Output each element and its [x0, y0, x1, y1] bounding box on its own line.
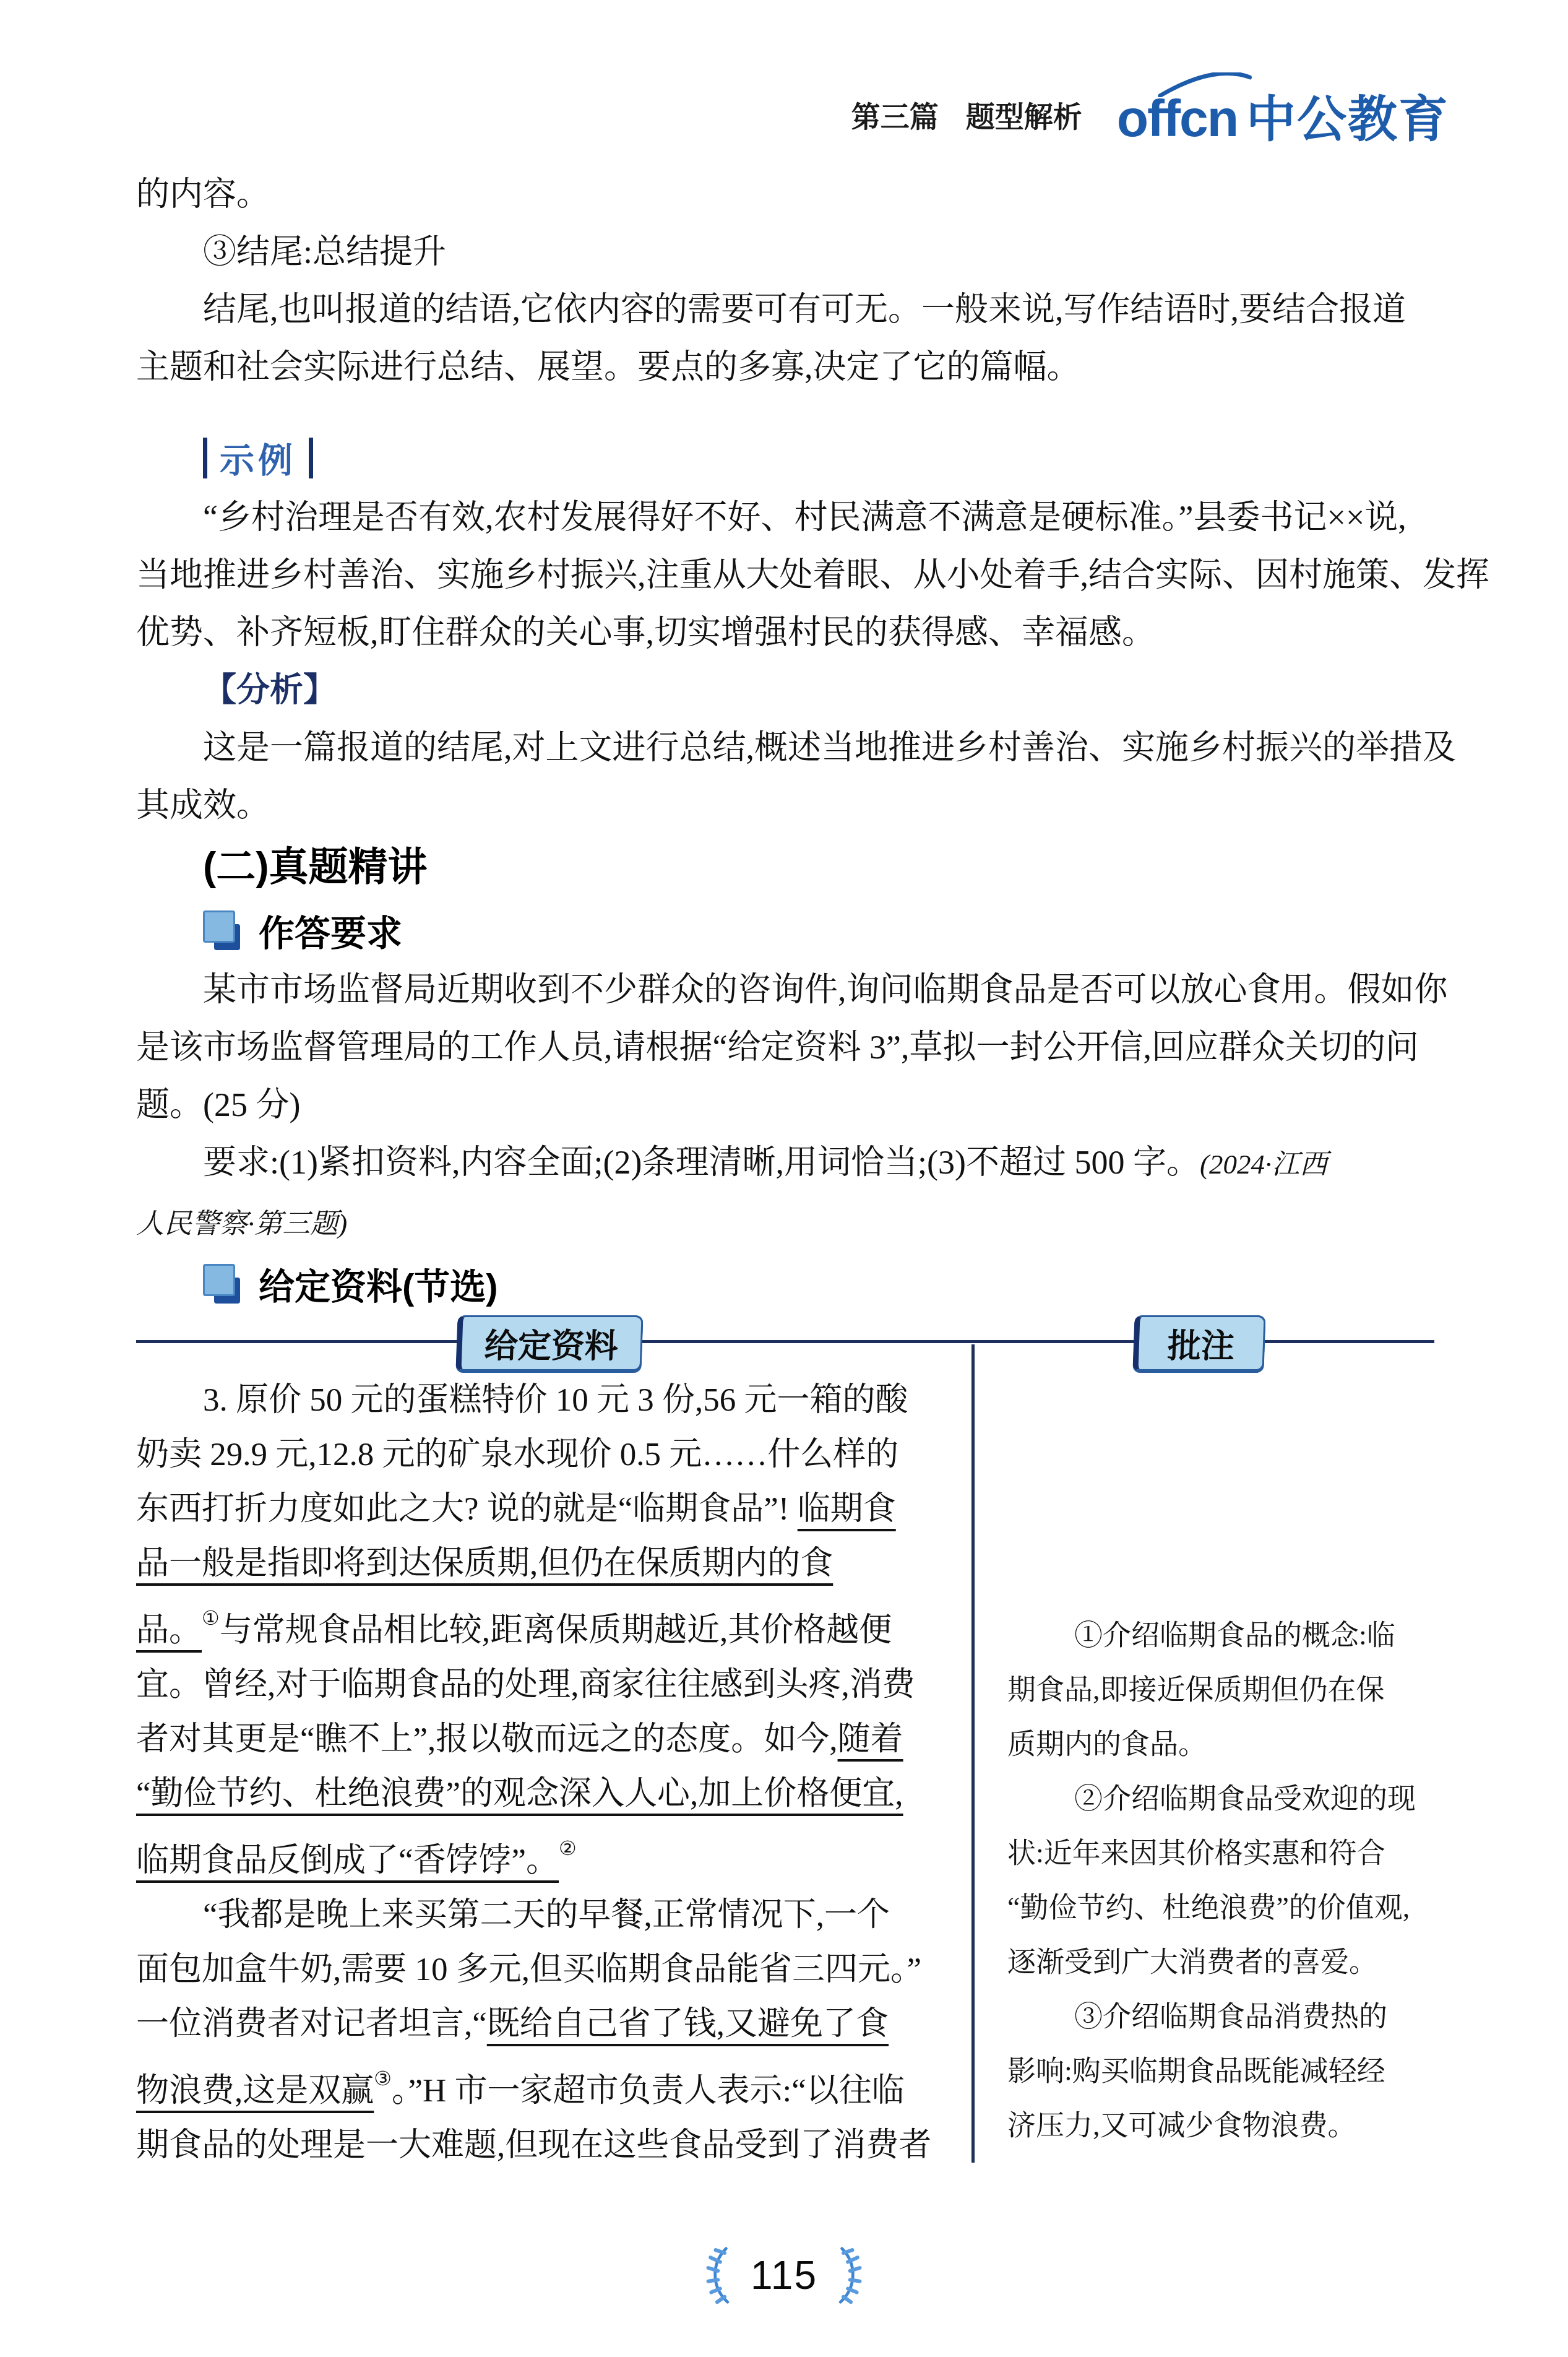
underlined-text: 随着: [838, 1721, 903, 1757]
text-segment: 优势、补齐短板,盯住群众的关心事,切实增强村民的获得感、幸福感。: [136, 614, 1155, 651]
underlined-text: “勤俭节约、杜绝浪费”的观念深入人心,加上价格便宜,: [136, 1776, 903, 1812]
page-footer: 115: [0, 2246, 1568, 2305]
material-text-line: 临期食品反倒成了“香饽饽”。②: [136, 1821, 971, 1888]
text-segment: 结尾,也叫报道的结语,它依内容的需要可有可无。一般来说,写作结语时,要结合报道: [203, 291, 1406, 328]
annotation-text-line: 影响:购买临期食品既能减轻经: [1007, 2044, 1441, 2098]
annotation-text-line: 期食品,即接近保质期但仍在保: [1007, 1663, 1441, 1717]
annotation-text-line: 状:近年来因其价格实惠和符合: [1007, 1826, 1441, 1880]
text-segment: 宜。曾经,对于临期食品的处理,商家往往感到头疼,消费: [136, 1667, 915, 1703]
text-line: ③结尾:总结提升: [136, 223, 1436, 281]
text-segment: ③介绍临期食品消费热的: [1074, 2000, 1387, 2032]
annotation-text-line: ③介绍临期食品消费热的: [1007, 1989, 1441, 2044]
text-segment: 【分析】: [203, 672, 337, 709]
material-text-line: “我都是晚上来买第二天的早餐,正常情况下,一个: [136, 1888, 971, 1942]
material-text-line: 品。①与常规食品相比较,距离保质期越近,其价格越便: [136, 1591, 971, 1658]
text-segment: ②介绍临期食品受欢迎的现: [1074, 1783, 1416, 1814]
text-segment: 给定资料(节选): [259, 1267, 498, 1307]
label-bar-icon: [309, 438, 313, 478]
material-right-column: ①介绍临期食品的概念:临期食品,即接近保质期但仍在保质期内的食品。②介绍临期食品…: [1007, 1608, 1441, 2153]
offcn-logo: offcn 中公教育: [1117, 79, 1449, 150]
underlined-text: 品。: [136, 1612, 202, 1648]
material-text-line: 奶卖 29.9 元,12.8 元的矿泉水现价 0.5 元……什么样的: [136, 1427, 971, 1482]
text-segment: 主题和社会实际进行总结、展望。要点的多寡,决定了它的篇幅。: [136, 348, 1080, 386]
block-heading-text: 作答要求: [259, 904, 402, 956]
example-label-text: 示例: [220, 433, 296, 483]
annotation-text-line: 质期内的食品。: [1007, 1717, 1441, 1771]
page-header: 第三篇 题型解析 offcn 中公教育: [851, 79, 1449, 150]
text-segment: ①介绍临期食品的概念:临: [1074, 1619, 1395, 1651]
material-text-line: 物浪费,这是双赢③。”H 市一家超市负责人表示:“以往临: [136, 2051, 971, 2118]
breadcrumb-title: 题型解析: [966, 94, 1082, 136]
text-segment: 期食品的处理是一大难题,但现在这些食品受到了消费者: [136, 2127, 931, 2163]
text-line: 要求:(1)紧扣资料,内容全面;(2)条理清晰,用词恰当;(3)不超过 500 …: [136, 1134, 1436, 1193]
column-divider: [971, 1344, 975, 2163]
book-icon: [203, 910, 240, 950]
block-heading-text: 给定资料(节选): [259, 1258, 498, 1310]
book-icon-front: [203, 910, 235, 943]
text-segment: 人民警察·第三题): [136, 1208, 347, 1239]
annotation-ref: ②: [559, 1837, 577, 1859]
text-segment: 者对其更是“瞧不上”,报以敬而远之的态度。如今,: [136, 1721, 838, 1757]
material-text-line: 3. 原价 50 元的蛋糕特价 10 元 3 份,56 元一箱的酸: [136, 1373, 971, 1427]
example-label: 示例: [203, 427, 1436, 489]
text-segment: 东西打折力度如此之大? 说的就是“临期食品”!: [136, 1491, 798, 1527]
text-line: 当地推进乡村善治、实施乡村振兴,注重从大处着眼、从小处着手,结合实际、因村施策、…: [136, 547, 1436, 604]
text-segment: 当地推进乡村善治、实施乡村振兴,注重从大处着眼、从小处着手,结合实际、因村施策、…: [136, 556, 1489, 594]
material-section: 给定资料 批注 3. 原价 50 元的蛋糕特价 10 元 3 份,56 元一箱的…: [136, 1340, 1434, 2166]
text-segment: “乡村治理是否有效,农村发展得好不好、村民满意不满意是硬标准。”县委书记××说,: [203, 499, 1406, 536]
block-heading: 给定资料(节选): [136, 1253, 1436, 1315]
text-line: 主题和社会实际进行总结、展望。要点的多寡,决定了它的篇幅。: [136, 339, 1436, 396]
text-segment: (二)真题精讲: [203, 844, 428, 889]
logo-latin-text: offcn: [1117, 89, 1238, 149]
material-text-line: 品一般是指即将到达保质期,但仍在保质期内的食: [136, 1536, 971, 1591]
text-segment: “勤俭节约、杜绝浪费”的价值观,: [1007, 1892, 1410, 1923]
annotation-ref: ①: [202, 1607, 220, 1629]
text-segment: 。”H 市一家超市负责人表示:“以往临: [392, 2073, 905, 2109]
material-text-line: 面包加盒牛奶,需要 10 多元,但买临期食品能省三四元。”: [136, 1942, 971, 1997]
annotation-text-line: ①介绍临期食品的概念:临: [1007, 1608, 1441, 1663]
material-text-line: 一位消费者对记者坦言,“既给自己省了钱,又避免了食: [136, 1997, 971, 2051]
text-line: 人民警察·第三题): [136, 1193, 1436, 1253]
breadcrumb-part: 第三篇: [851, 94, 939, 136]
text-line: 优势、补齐短板,盯住群众的关心事,切实增强村民的获得感、幸福感。: [136, 604, 1436, 662]
text-segment: “我都是晚上来买第二天的早餐,正常情况下,一个: [203, 1897, 890, 1933]
text-segment: 题。(25 分): [136, 1086, 300, 1123]
book-page: 第三篇 题型解析 offcn 中公教育 的内容。③结尾:总结提升结尾,也叫报道的…: [0, 0, 1568, 2357]
text-segment: 某市市场监督局近期收到不少群众的咨询件,询问临期食品是否可以放心食用。假如你: [203, 971, 1448, 1008]
text-segment: 状:近年来因其价格实惠和符合: [1007, 1837, 1385, 1869]
breadcrumb: 第三篇 题型解析: [851, 94, 1082, 136]
text-line: 的内容。: [136, 166, 1436, 223]
material-text-line: “勤俭节约、杜绝浪费”的观念深入人心,加上价格便宜,: [136, 1767, 971, 1821]
text-segment: 3. 原价 50 元的蛋糕特价 10 元 3 份,56 元一箱的酸: [203, 1382, 908, 1418]
text-segment: 一位消费者对记者坦言,“: [136, 2006, 487, 2042]
text-line: “乡村治理是否有效,农村发展得好不好、村民满意不满意是硬标准。”县委书记××说,: [136, 489, 1436, 547]
underlined-text: 物浪费,这是双赢: [136, 2073, 374, 2109]
label-bar-icon: [203, 438, 207, 478]
text-segment: 逐渐受到广大消费者的喜爱。: [1007, 1946, 1377, 1978]
annotation-text-line: “勤俭节约、杜绝浪费”的价值观,: [1007, 1880, 1441, 1935]
text-line: 题。(25 分): [136, 1076, 1436, 1134]
block-heading: 作答要求: [136, 899, 1436, 961]
material-badge-right: 批注: [1132, 1315, 1265, 1371]
text-segment: 期食品,即接近保质期但仍在保: [1007, 1674, 1385, 1705]
book-icon-front: [203, 1264, 235, 1296]
material-text-line: 者对其更是“瞧不上”,报以敬而远之的态度。如今,随着: [136, 1712, 971, 1767]
content-area: 的内容。③结尾:总结提升结尾,也叫报道的结语,它依内容的需要可有可无。一般来说,…: [136, 166, 1436, 1315]
logo-cn-text: 中公教育: [1246, 79, 1449, 150]
underlined-text: 品一般是指即将到达保质期,但仍在保质期内的食: [136, 1546, 833, 1581]
text-segment: 奶卖 29.9 元,12.8 元的矿泉水现价 0.5 元……什么样的: [136, 1437, 898, 1473]
underlined-text: 既给自己省了钱,又避免了食: [487, 2006, 889, 2042]
text-segment: 的内容。: [136, 176, 270, 213]
text-segment: (2024·江西: [1200, 1149, 1327, 1180]
text-segment: 其成效。: [136, 787, 270, 824]
text-segment: 面包加盒牛奶,需要 10 多元,但买临期食品能省三四元。”: [136, 1952, 921, 1987]
annotation-text-line: 济压力,又可减少食物浪费。: [1007, 2098, 1441, 2153]
page-number: 115: [751, 2252, 817, 2298]
text-segment: 要求:(1)紧扣资料,内容全面;(2)条理清晰,用词恰当;(3)不超过 500 …: [203, 1144, 1200, 1181]
text-line: 是该市场监督管理局的工作人员,请根据“给定资料 3”,草拟一封公开信,回应群众关…: [136, 1019, 1436, 1076]
text-line: 其成效。: [136, 777, 1436, 834]
underlined-text: 临期食品反倒成了“香饽饽”。: [136, 1843, 559, 1879]
material-left-column: 3. 原价 50 元的蛋糕特价 10 元 3 份,56 元一箱的酸奶卖 29.9…: [136, 1373, 971, 2173]
book-icon: [203, 1264, 240, 1304]
text-segment: ③结尾:总结提升: [203, 233, 446, 270]
laurel-left-icon: [700, 2246, 734, 2305]
underlined-text: 临期食: [798, 1491, 896, 1527]
logo-swoosh-icon: [1158, 72, 1252, 97]
annotation-text-line: 逐渐受到广大消费者的喜爱。: [1007, 1935, 1441, 1989]
annotation-ref: ③: [374, 2067, 392, 2090]
laurel-right-icon: [834, 2246, 868, 2305]
text-segment: 影响:购买临期食品既能减轻经: [1007, 2055, 1385, 2087]
text-segment: 作答要求: [259, 914, 402, 954]
text-line: 这是一篇报道的结尾,对上文进行总结,概述当地推进乡村善治、实施乡村振兴的举措及: [136, 719, 1436, 777]
section-title: (二)真题精讲: [136, 834, 1436, 899]
text-line: 某市市场监督局近期收到不少群众的咨询件,询问临期食品是否可以放心食用。假如你: [136, 961, 1436, 1019]
text-segment: 质期内的食品。: [1007, 1728, 1207, 1760]
text-line: 结尾,也叫报道的结语,它依内容的需要可有可无。一般来说,写作结语时,要结合报道: [136, 281, 1436, 339]
annotation-text-line: ②介绍临期食品受欢迎的现: [1007, 1771, 1441, 1826]
text-segment: 这是一篇报道的结尾,对上文进行总结,概述当地推进乡村善治、实施乡村振兴的举措及: [203, 729, 1456, 766]
material-text-line: 东西打折力度如此之大? 说的就是“临期食品”! 临期食: [136, 1482, 971, 1536]
text-line: 【分析】: [136, 662, 1436, 719]
material-badge-left: 给定资料: [455, 1315, 643, 1371]
text-segment: 济压力,又可减少食物浪费。: [1007, 2109, 1356, 2141]
text-segment: 与常规食品相比较,距离保质期越近,其价格越便: [220, 1612, 892, 1648]
text-segment: 是该市场监督管理局的工作人员,请根据“给定资料 3”,草拟一封公开信,回应群众关…: [136, 1029, 1419, 1066]
material-text-line: 宜。曾经,对于临期食品的处理,商家往往感到头疼,消费: [136, 1658, 971, 1712]
material-text-line: 期食品的处理是一大难题,但现在这些食品受到了消费者: [136, 2118, 971, 2173]
